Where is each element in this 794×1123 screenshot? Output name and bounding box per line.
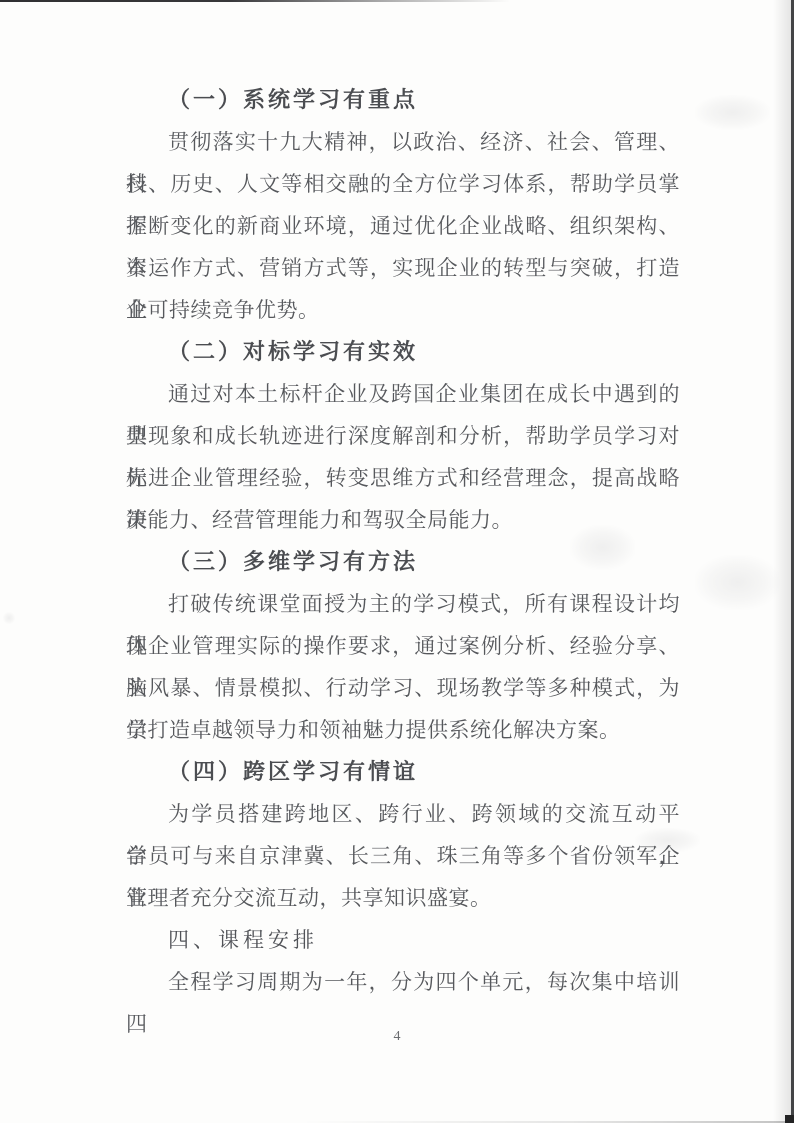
scan-corner-mark — [785, 1115, 794, 1123]
scanned-document-page: （一）系统学习有重点贯彻落实十九大精神，以政治、经济、社会、管理、科技、历史、人… — [0, 0, 794, 1123]
text-line: 学员可与来自京津冀、长三角、珠三角等多个省份领军企业 — [126, 835, 680, 877]
text-block-paragraph: 打破传统课堂面授为主的学习模式，所有课程设计均体现企业管理实际的操作要求，通过案… — [126, 583, 680, 751]
text-line: （一）系统学习有重点 — [126, 79, 680, 121]
text-line: 技、历史、人文等相交融的全方位学习体系，帮助学员掌握 — [126, 163, 680, 205]
text-line: 全程学习周期为一年，分为四个单元，每次集中培训四 — [126, 961, 680, 1003]
text-line: （四）跨区学习有情谊 — [126, 751, 680, 793]
text-line: 为学员搭建跨地区、跨行业、跨领域的交流互动平台， — [126, 793, 680, 835]
text-line: 脑风暴、情景模拟、行动学习、现场教学等多种模式，为学 — [126, 667, 680, 709]
text-block-subheading: （三）多维学习有方法 — [126, 541, 680, 583]
text-block-paragraph: 贯彻落实十九大精神，以政治、经济、社会、管理、科技、历史、人文等相交融的全方位学… — [126, 121, 680, 331]
scan-edge-top — [0, 0, 510, 2]
text-line: 现企业管理实际的操作要求，通过案例分析、经验分享、头 — [126, 625, 680, 667]
text-line: 本运作方式、营销方式等，实现企业的转型与突破，打造企 — [126, 247, 680, 289]
text-line: 打破传统课堂面授为主的学习模式，所有课程设计均体 — [126, 583, 680, 625]
text-line: 贯彻落实十九大精神，以政治、经济、社会、管理、科 — [126, 121, 680, 163]
text-line: 管理者充分交流互动，共享知识盛宴。 — [126, 877, 680, 919]
text-block-subheading: （一）系统学习有重点 — [126, 79, 680, 121]
text-line: （二）对标学习有实效 — [126, 331, 680, 373]
text-block-paragraph: 为学员搭建跨地区、跨行业、跨领域的交流互动平台，学员可与来自京津冀、长三角、珠三… — [126, 793, 680, 919]
ink-smudge — [695, 95, 770, 130]
page-number: 4 — [0, 1029, 794, 1045]
text-line: 不断变化的新商业环境，通过优化企业战略、组织架构、资 — [126, 205, 680, 247]
ink-smudge — [3, 612, 15, 624]
text-line: 通过对本土标杆企业及跨国企业集团在成长中遇到的典 — [126, 373, 680, 415]
text-line: 四、课程安排 — [126, 919, 680, 961]
ink-smudge — [695, 555, 780, 610]
text-line: 策能力、经营管理能力和驾驭全局能力。 — [126, 499, 680, 541]
text-line: 业可持续竞争优势。 — [126, 289, 680, 331]
text-block-subheading: （二）对标学习有实效 — [126, 331, 680, 373]
text-line: 先进企业管理经验，转变思维方式和经营理念，提高战略决 — [126, 457, 680, 499]
document-content: （一）系统学习有重点贯彻落实十九大精神，以政治、经济、社会、管理、科技、历史、人… — [126, 79, 680, 1003]
text-line: （三）多维学习有方法 — [126, 541, 680, 583]
text-block-paragraph: 全程学习周期为一年，分为四个单元，每次集中培训四 — [126, 961, 680, 1003]
text-block-subheading: （四）跨区学习有情谊 — [126, 751, 680, 793]
text-block-paragraph: 通过对本土标杆企业及跨国企业集团在成长中遇到的典型现象和成长轨迹进行深度解剖和分… — [126, 373, 680, 541]
text-line: 型现象和成长轨迹进行深度解剖和分析，帮助学员学习对标 — [126, 415, 680, 457]
text-block-heading: 四、课程安排 — [126, 919, 680, 961]
text-line: 员打造卓越领导力和领袖魅力提供系统化解决方案。 — [126, 709, 680, 751]
